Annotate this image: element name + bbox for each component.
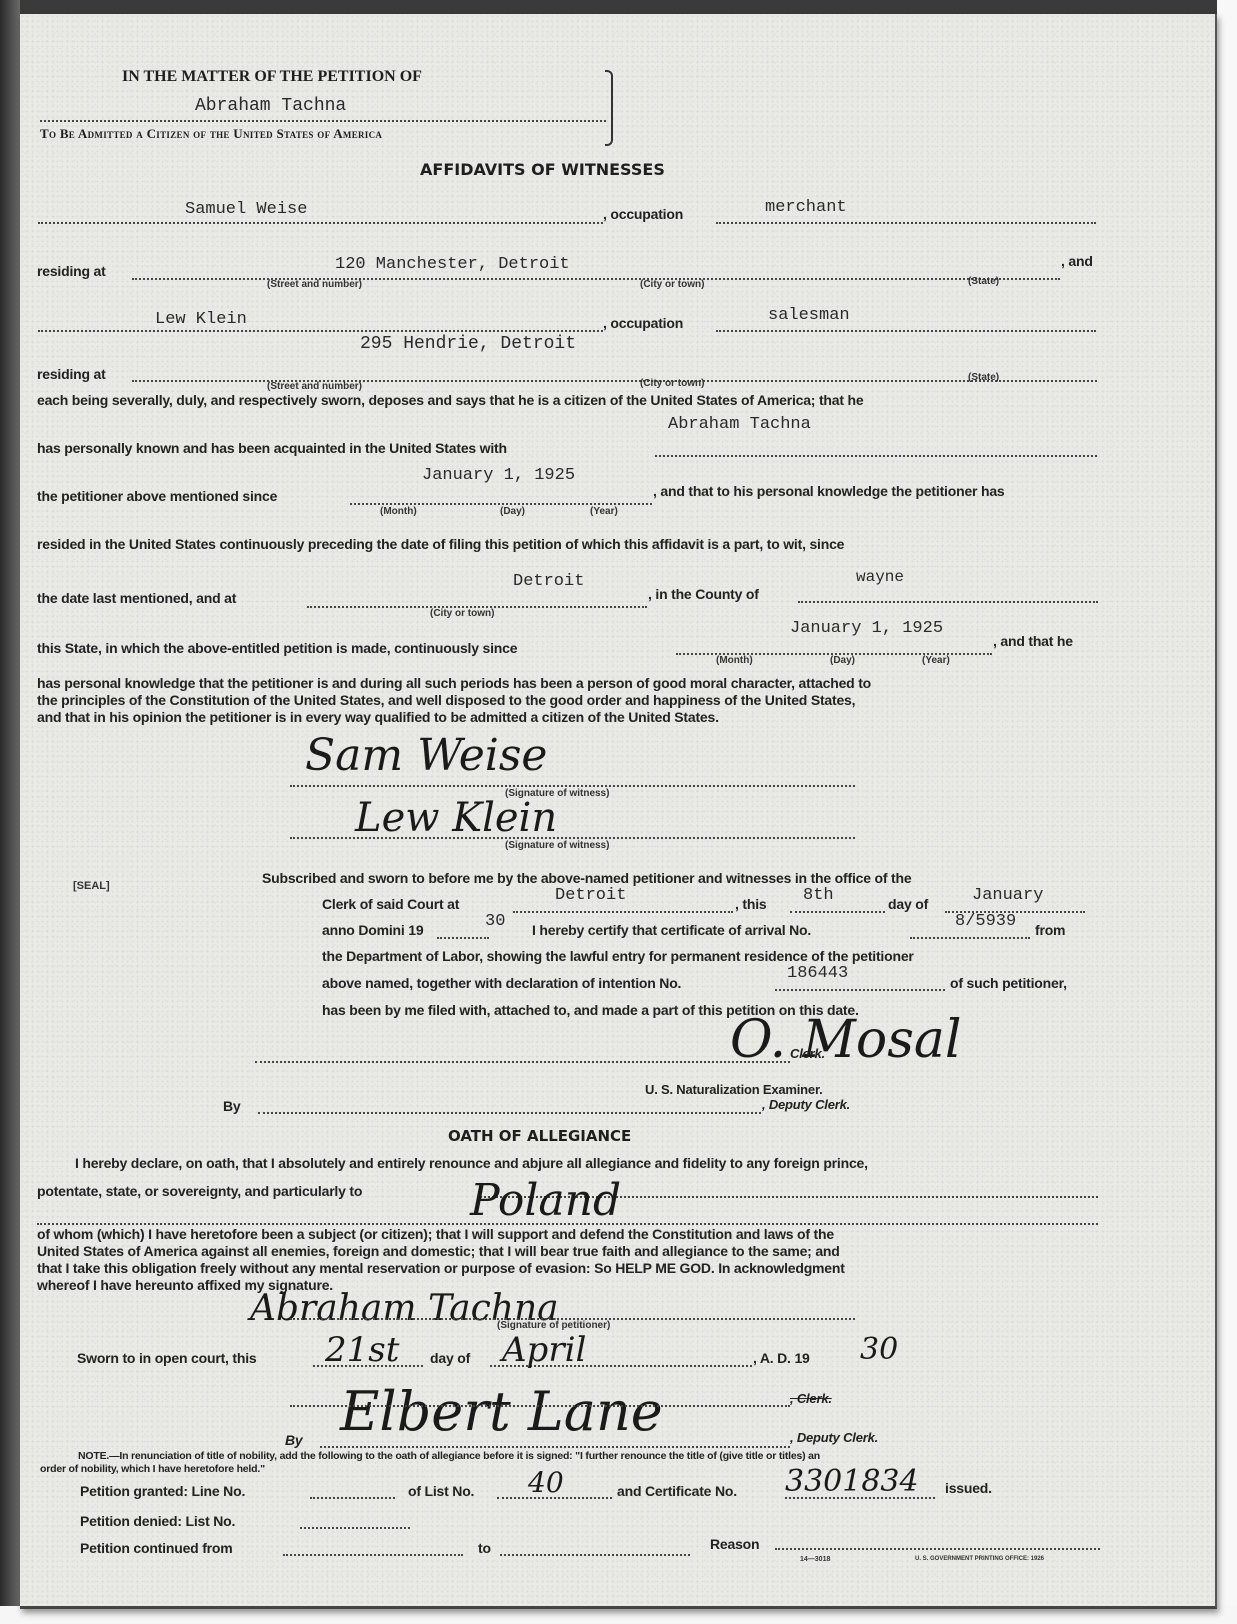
declaration-no: 186443 bbox=[787, 964, 848, 983]
witness2-name-line bbox=[38, 330, 603, 332]
caption-month: (Month) bbox=[380, 506, 417, 517]
scan-top-border bbox=[0, 0, 1237, 14]
clerk-signature-line bbox=[255, 1061, 790, 1063]
oath-line5: that I take this obligation freely witho… bbox=[37, 1260, 845, 1276]
jurat-day: 8th bbox=[803, 886, 834, 905]
denied-list-line bbox=[300, 1527, 410, 1529]
matter-title: IN THE MATTER OF THE PETITION OF bbox=[122, 68, 422, 86]
continuous-since-value: January 1, 1925 bbox=[790, 619, 943, 638]
witness1-occupation-line bbox=[716, 222, 1096, 224]
affidavit-line3-label: the petitioner above mentioned since bbox=[37, 488, 277, 504]
witness2-signature-line bbox=[290, 837, 855, 839]
caption-city-2: (City or town) bbox=[640, 378, 704, 389]
seal-label: [SEAL] bbox=[73, 880, 110, 892]
known-since-line bbox=[350, 503, 652, 505]
renounced-country: Poland bbox=[470, 1175, 621, 1226]
reason-line bbox=[775, 1548, 1100, 1550]
affidavit-line6-end: , and that he bbox=[993, 633, 1073, 649]
county-line bbox=[798, 601, 1098, 603]
note-line1: NOTE.—In renunciation of title of nobili… bbox=[78, 1450, 820, 1462]
affidavit-line3-end: , and that to his personal knowledge the… bbox=[653, 483, 1005, 499]
witness1-and: , and bbox=[1061, 253, 1093, 269]
deputy-clerk-signature: Elbert Lane bbox=[340, 1380, 663, 1443]
clerk-label: Clerk. bbox=[790, 1046, 825, 1061]
continued-from-line bbox=[283, 1554, 463, 1556]
scan-left-border bbox=[0, 0, 20, 1624]
oath-line1: I hereby declare, on oath, that I absolu… bbox=[75, 1155, 868, 1171]
caption-street-2: (Street and number) bbox=[267, 381, 362, 392]
jurat-city: Detroit bbox=[555, 886, 626, 905]
jurat-line2-label: Clerk of said Court at bbox=[322, 896, 459, 912]
affidavit-line8: the principles of the Constitution of th… bbox=[37, 692, 855, 708]
jurat-line3-label: anno Domini 19 bbox=[322, 922, 423, 938]
witness1-residing-label: residing at bbox=[37, 263, 106, 279]
known-since-value: January 1, 1925 bbox=[422, 466, 575, 485]
witness1-signature-line bbox=[290, 785, 855, 787]
sworn-ad: , A. D. 19 bbox=[753, 1350, 810, 1366]
acquainted-with-line bbox=[655, 455, 1097, 457]
caption-day: (Day) bbox=[500, 506, 525, 517]
header-bracket bbox=[605, 70, 613, 146]
oath-clerk-line bbox=[290, 1405, 790, 1407]
affidavit-line1: each being severally, duly, and respecti… bbox=[37, 392, 863, 408]
deputy-clerk-label: , Deputy Clerk. bbox=[762, 1097, 850, 1112]
reason-label: Reason bbox=[710, 1536, 759, 1552]
petitioner-name: Abraham Tachna bbox=[195, 96, 346, 116]
caption-month-2: (Month) bbox=[716, 655, 753, 666]
jurat-line3-mid: I hereby certify that certificate of arr… bbox=[532, 922, 811, 938]
list-label: of List No. bbox=[408, 1483, 474, 1499]
list-no: 40 bbox=[528, 1466, 564, 1499]
jurat-line4: the Department of Labor, showing the law… bbox=[322, 948, 914, 964]
affidavit-line5-label: the date last mentioned, and at bbox=[37, 590, 236, 606]
affidavit-line9: and that in his opinion the petitioner i… bbox=[37, 709, 719, 725]
cert-no: 3301834 bbox=[785, 1464, 919, 1499]
caption-state-2: (State) bbox=[968, 372, 999, 383]
section-title: AFFIDAVITS OF WITNESSES bbox=[420, 160, 665, 179]
jurat-year-line bbox=[437, 937, 489, 939]
denied-label: Petition denied: List No. bbox=[80, 1513, 235, 1529]
oath-clerk-label: , Clerk. bbox=[790, 1391, 832, 1406]
witness1-occupation: merchant bbox=[765, 198, 847, 217]
residence-city-value: Detroit bbox=[513, 572, 584, 591]
continued-to-line bbox=[500, 1554, 690, 1556]
note-line2: order of nobility, which I have heretofo… bbox=[40, 1463, 265, 1475]
jurat-day-line bbox=[790, 911, 885, 913]
caption-street: (Street and number) bbox=[267, 279, 362, 290]
witness2-signature: Lew Klein bbox=[355, 795, 557, 841]
jurat-line5-label: above named, together with declaration o… bbox=[322, 975, 681, 991]
sworn-year: 30 bbox=[860, 1332, 898, 1367]
jurat-dayof: day of bbox=[888, 896, 928, 912]
affidavit-line6-label: this State, in which the above-entitled … bbox=[37, 640, 517, 656]
witness2-occupation-label: , occupation bbox=[603, 315, 683, 331]
country-line-2 bbox=[37, 1223, 1098, 1225]
examiner-label: U. S. Naturalization Examiner. bbox=[645, 1082, 823, 1097]
affidavit-line4: resided in the United States continuousl… bbox=[37, 536, 844, 552]
caption-city-3: (City or town) bbox=[430, 608, 494, 619]
jurat-line5-end: of such petitioner, bbox=[950, 975, 1067, 991]
scan-right-margin bbox=[1217, 0, 1237, 1624]
caption-state: (State) bbox=[968, 276, 999, 287]
caption-year: (Year) bbox=[590, 506, 618, 517]
witness1-signature: Sam Weise bbox=[305, 730, 547, 781]
jurat-month: January bbox=[972, 886, 1043, 905]
granted-label: Petition granted: Line No. bbox=[80, 1483, 245, 1499]
witness1-name-line bbox=[38, 222, 603, 224]
oath-deputy-line bbox=[320, 1446, 790, 1448]
document-page bbox=[20, 14, 1217, 1609]
witness2-occupation: salesman bbox=[768, 306, 850, 325]
witness1-name: Samuel Weise bbox=[185, 200, 307, 219]
caption-city: (City or town) bbox=[640, 279, 704, 290]
witness2-address: 295 Hendrie, Detroit bbox=[360, 334, 576, 354]
sworn-month: April bbox=[502, 1330, 586, 1370]
jurat-by-label: By bbox=[223, 1098, 241, 1114]
oath-line3: of whom (which) I have heretofore been a… bbox=[37, 1226, 834, 1242]
witness1-occupation-label: , occupation bbox=[603, 206, 683, 222]
oath-line4: United States of America against all ene… bbox=[37, 1243, 840, 1259]
witness1-address: 120 Manchester, Detroit bbox=[335, 255, 570, 274]
county-label: , in the County of bbox=[648, 586, 759, 602]
caption-day-2: (Day) bbox=[830, 655, 855, 666]
affidavit-line7: has personal knowledge that the petition… bbox=[37, 675, 871, 691]
witness2-name: Lew Klein bbox=[155, 310, 247, 329]
cert-label: and Certificate No. bbox=[617, 1483, 737, 1499]
to-label: to bbox=[478, 1540, 491, 1556]
jurat-line1: Subscribed and sworn to before me by the… bbox=[262, 870, 911, 886]
oath-line2-label: potentate, state, or sovereignty, and pa… bbox=[37, 1183, 362, 1199]
continued-label: Petition continued from bbox=[80, 1540, 233, 1556]
witness2-occupation-line bbox=[716, 330, 1096, 332]
sworn-label: Sworn to in open court, this bbox=[77, 1350, 257, 1366]
oath-deputy-label: , Deputy Clerk. bbox=[790, 1430, 878, 1445]
affidavit-line2-label: has personally known and has been acquai… bbox=[37, 440, 507, 456]
printer-imprint: U. S. GOVERNMENT PRINTING OFFICE: 1926 bbox=[915, 1556, 1044, 1562]
sworn-dayof: day of bbox=[430, 1350, 470, 1366]
jurat-city-line bbox=[513, 911, 733, 913]
witness2-residing-label: residing at bbox=[37, 366, 106, 382]
petitioner-name-line bbox=[40, 120, 606, 122]
issued-label: issued. bbox=[945, 1480, 992, 1496]
jurat-this: , this bbox=[735, 896, 766, 912]
arrival-cert-line bbox=[910, 937, 1030, 939]
acquainted-with-value: Abraham Tachna bbox=[668, 415, 811, 434]
sworn-day: 21st bbox=[325, 1330, 399, 1370]
jurat-line3-end: from bbox=[1035, 922, 1065, 938]
caption-sig-witness2: (Signature of witness) bbox=[505, 840, 609, 851]
arrival-cert-no: 8/5939 bbox=[955, 912, 1016, 931]
oath-title: OATH OF ALLEGIANCE bbox=[448, 1127, 631, 1145]
granted-line-no bbox=[310, 1497, 395, 1499]
jurat-year: 30 bbox=[485, 912, 505, 931]
deputy-clerk-line bbox=[258, 1112, 761, 1114]
petition-subtitle: To Be Admitted a Citizen of the United S… bbox=[40, 126, 382, 142]
declaration-no-line bbox=[775, 989, 945, 991]
oath-by-label: By bbox=[285, 1432, 303, 1448]
form-number: 14—3018 bbox=[800, 1556, 830, 1563]
county-value: wayne bbox=[856, 568, 904, 586]
caption-year-2: (Year) bbox=[922, 655, 950, 666]
